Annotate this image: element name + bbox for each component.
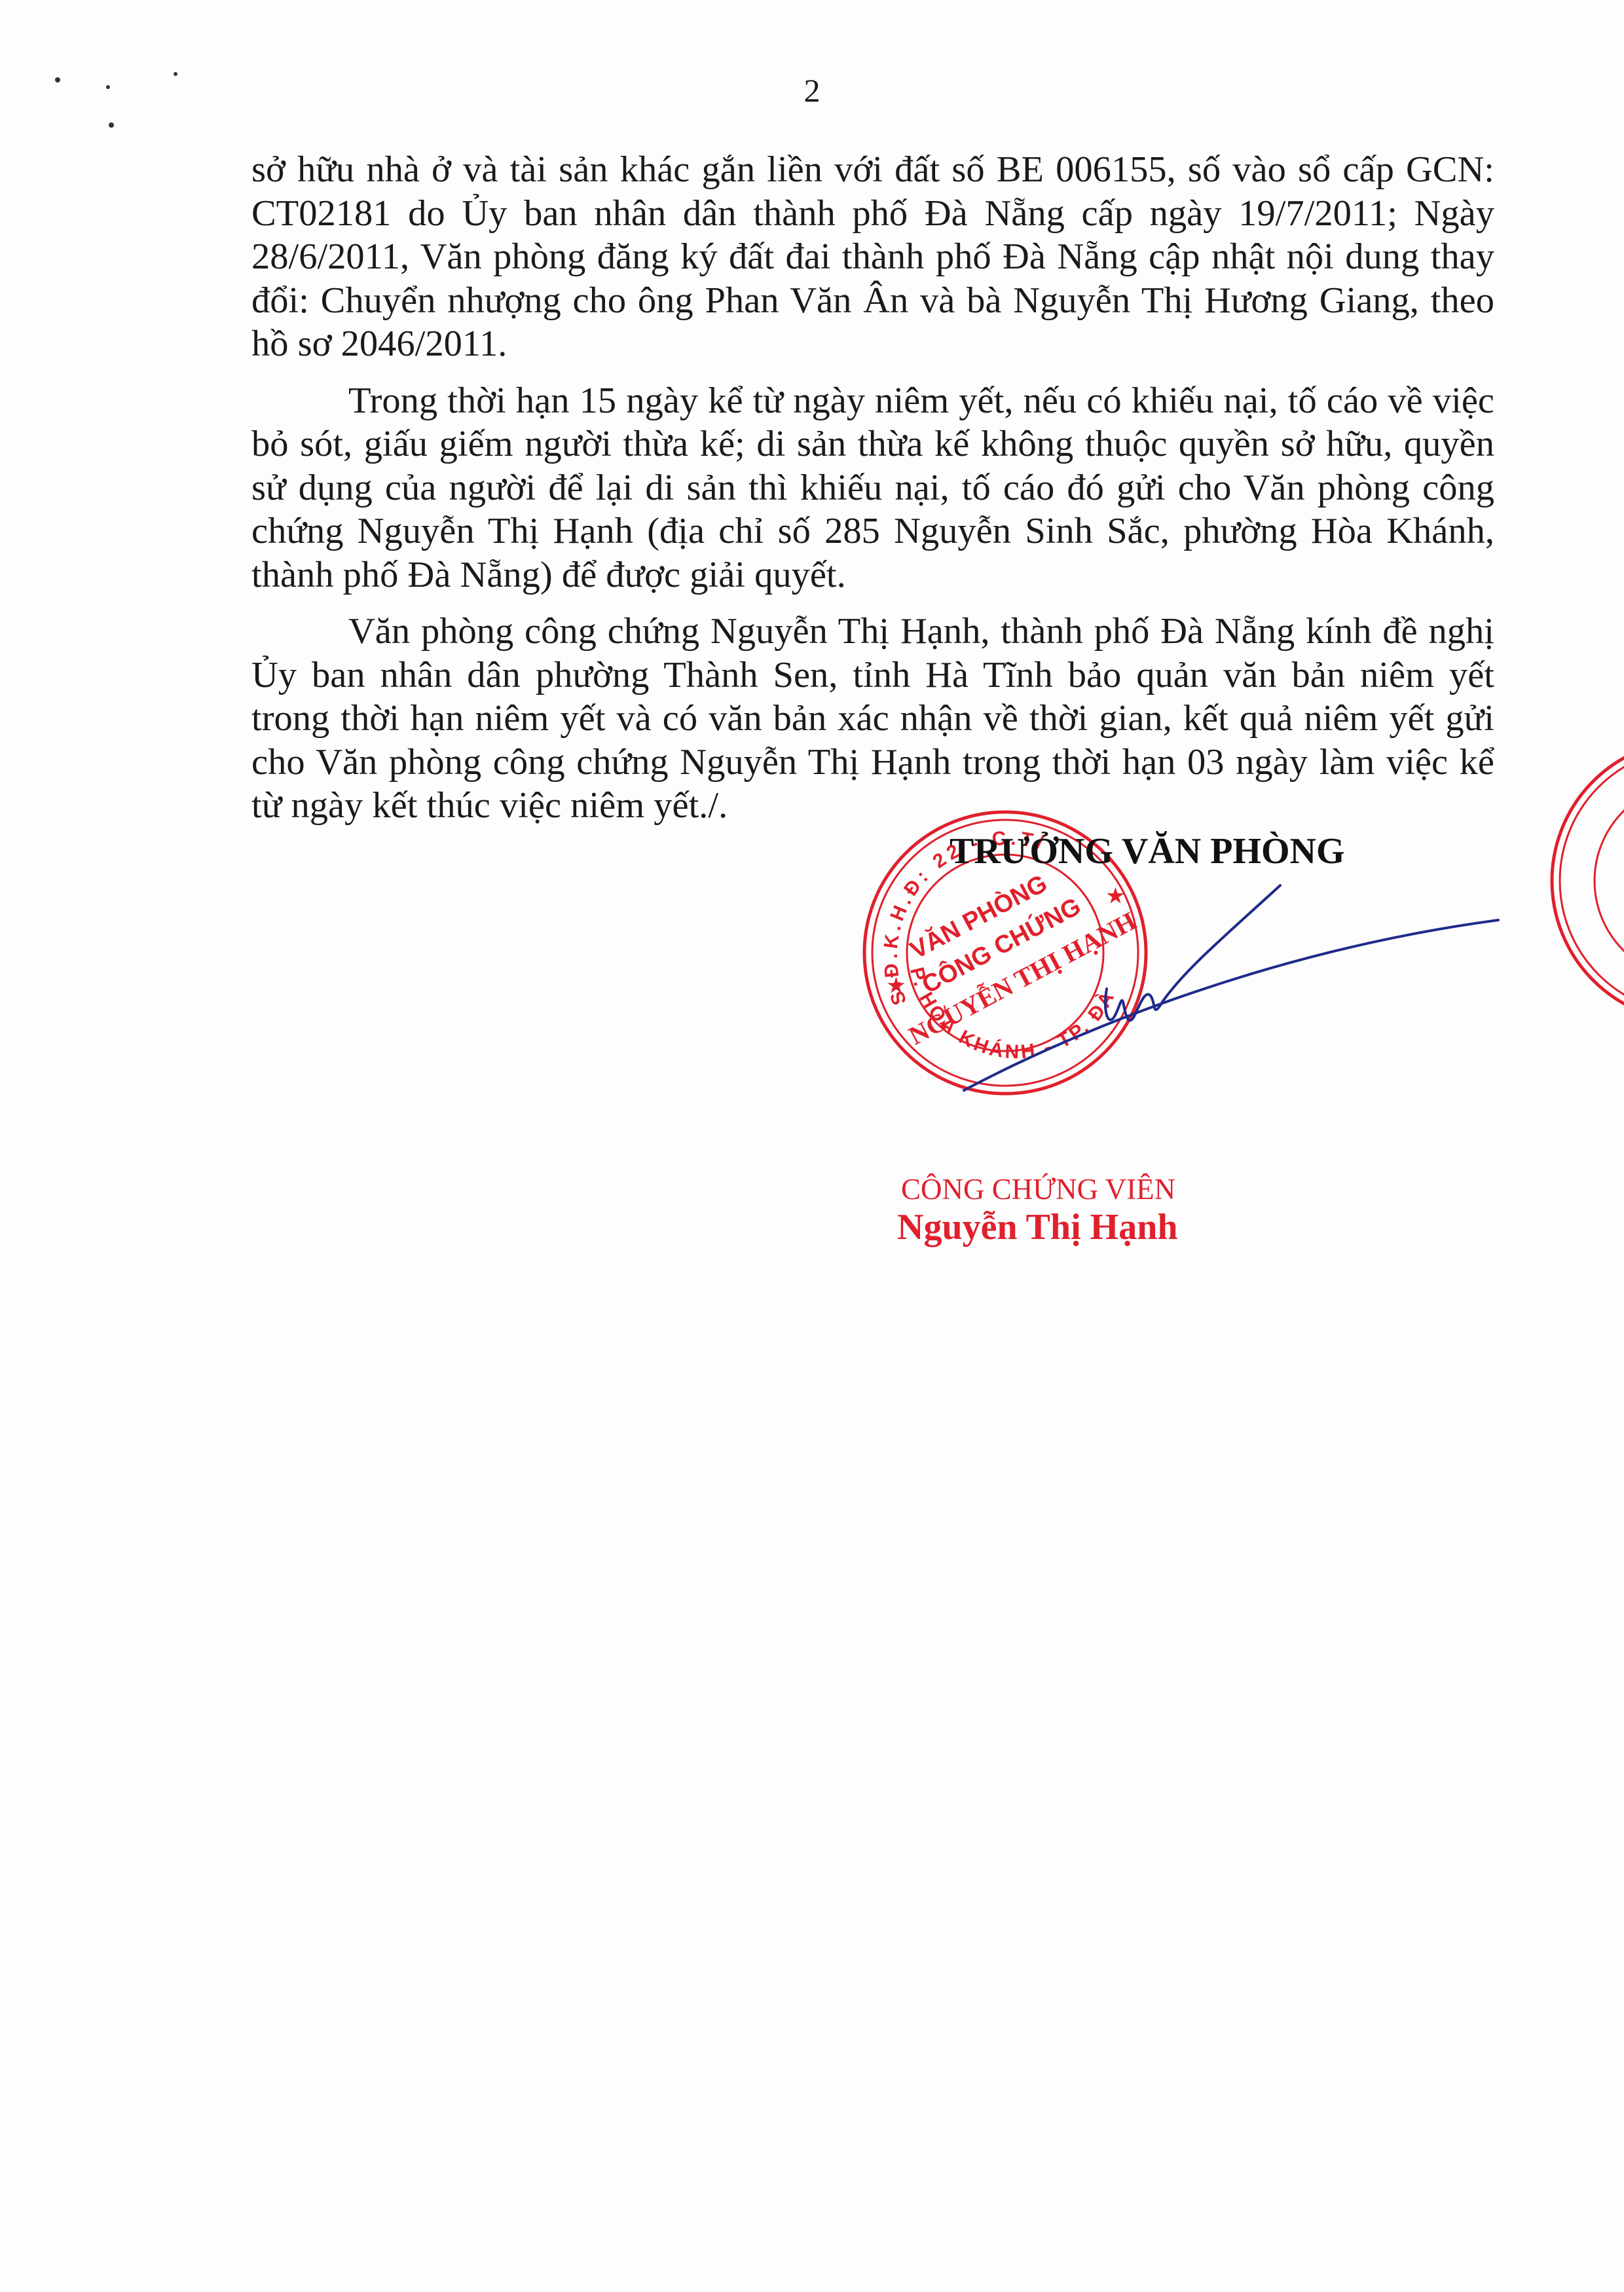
star-icon: ★	[887, 975, 905, 997]
partial-stamp	[1545, 733, 1624, 1035]
paragraph-request-posting: Văn phòng công chứng Nguyễn Thị Hạnh, th…	[251, 610, 1494, 828]
handwritten-signature	[950, 878, 1526, 1113]
notary-name: Nguyễn Thị Hạnh	[897, 1206, 1177, 1248]
notary-label: CÔNG CHỨNG VIÊN	[901, 1172, 1175, 1206]
paragraph-property-details: sở hữu nhà ở và tài sản khác gắn liền vớ…	[251, 148, 1494, 366]
paragraph-complaint-period: Trong thời hạn 15 ngày kể từ ngày niêm y…	[251, 379, 1494, 597]
signature-title: TRƯỞNG VĂN PHÒNG	[950, 830, 1345, 872]
document-body: sở hữu nhà ở và tài sản khác gắn liền vớ…	[251, 148, 1494, 841]
page-number: 2	[0, 71, 1624, 110]
